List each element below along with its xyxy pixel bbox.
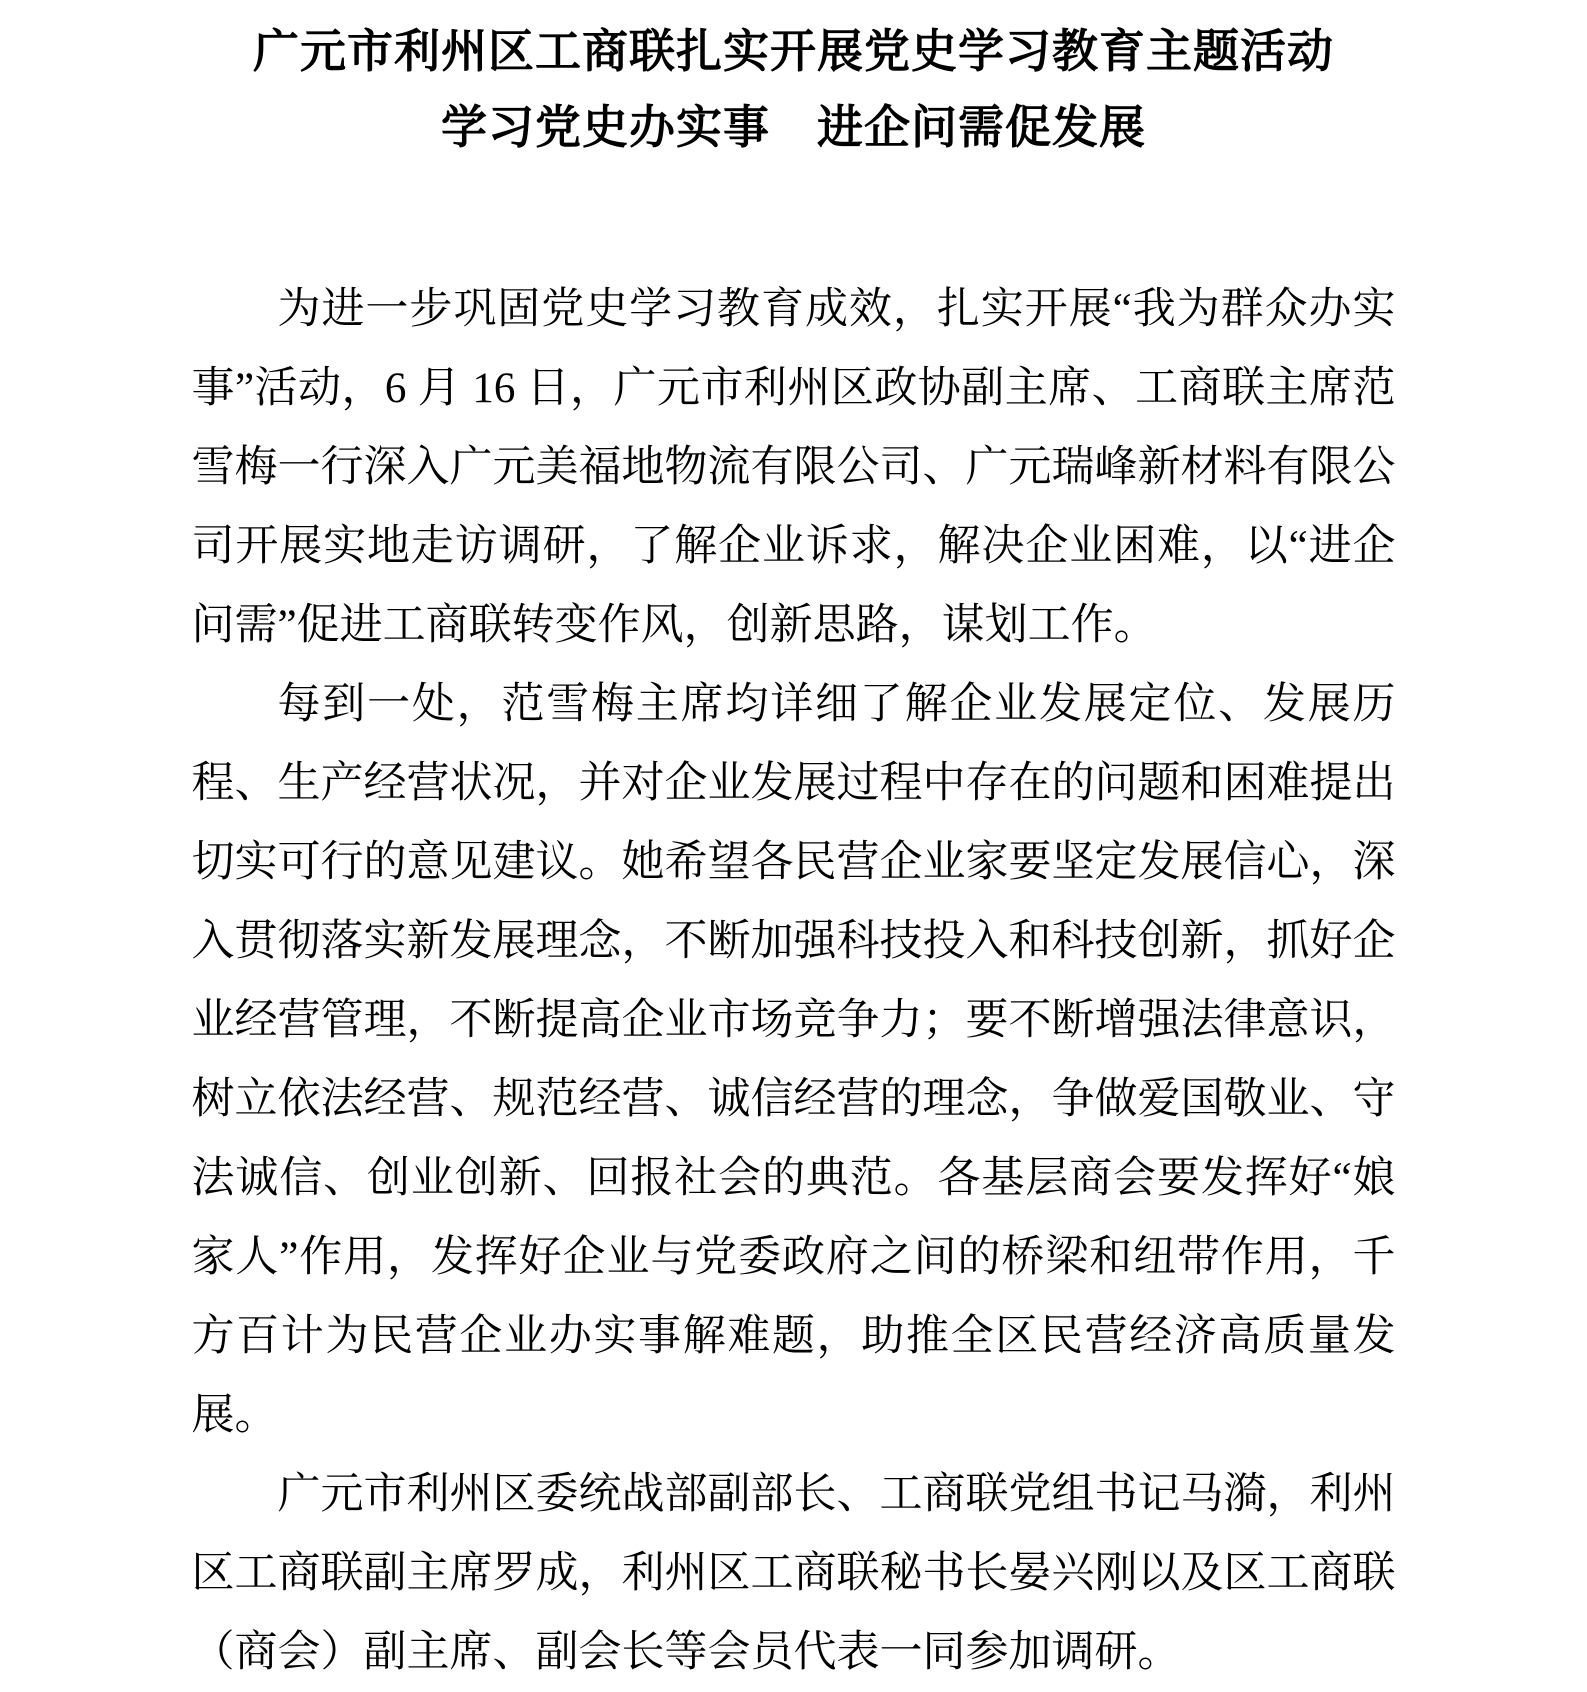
document-title: 广元市利州区工商联扎实开展党史学习教育主题活动 学习党史办实事 进企问需促发展 (192, 14, 1396, 166)
document-body: 为进一步巩固党史学习教育成效，扎实开展“我为群众办实事”活动，6 月 16 日，… (192, 270, 1396, 1692)
document-page: 广元市利州区工商联扎实开展党史学习教育主题活动 学习党史办实事 进企问需促发展 … (192, 0, 1396, 1692)
paragraph-visit-details: 每到一处，范雪梅主席均详细了解企业发展定位、发展历程、生产经营状况，并对企业发展… (192, 665, 1396, 1455)
title-line-2: 学习党史办实事 进企问需促发展 (192, 90, 1396, 166)
paragraph-intro: 为进一步巩固党史学习教育成效，扎实开展“我为群众办实事”活动，6 月 16 日，… (192, 270, 1396, 665)
paragraph-attendees: 广元市利州区委统战部副部长、工商联党组书记马漪，利州区工商联副主席罗成，利州区工… (192, 1455, 1396, 1692)
title-line-1: 广元市利州区工商联扎实开展党史学习教育主题活动 (192, 14, 1396, 90)
